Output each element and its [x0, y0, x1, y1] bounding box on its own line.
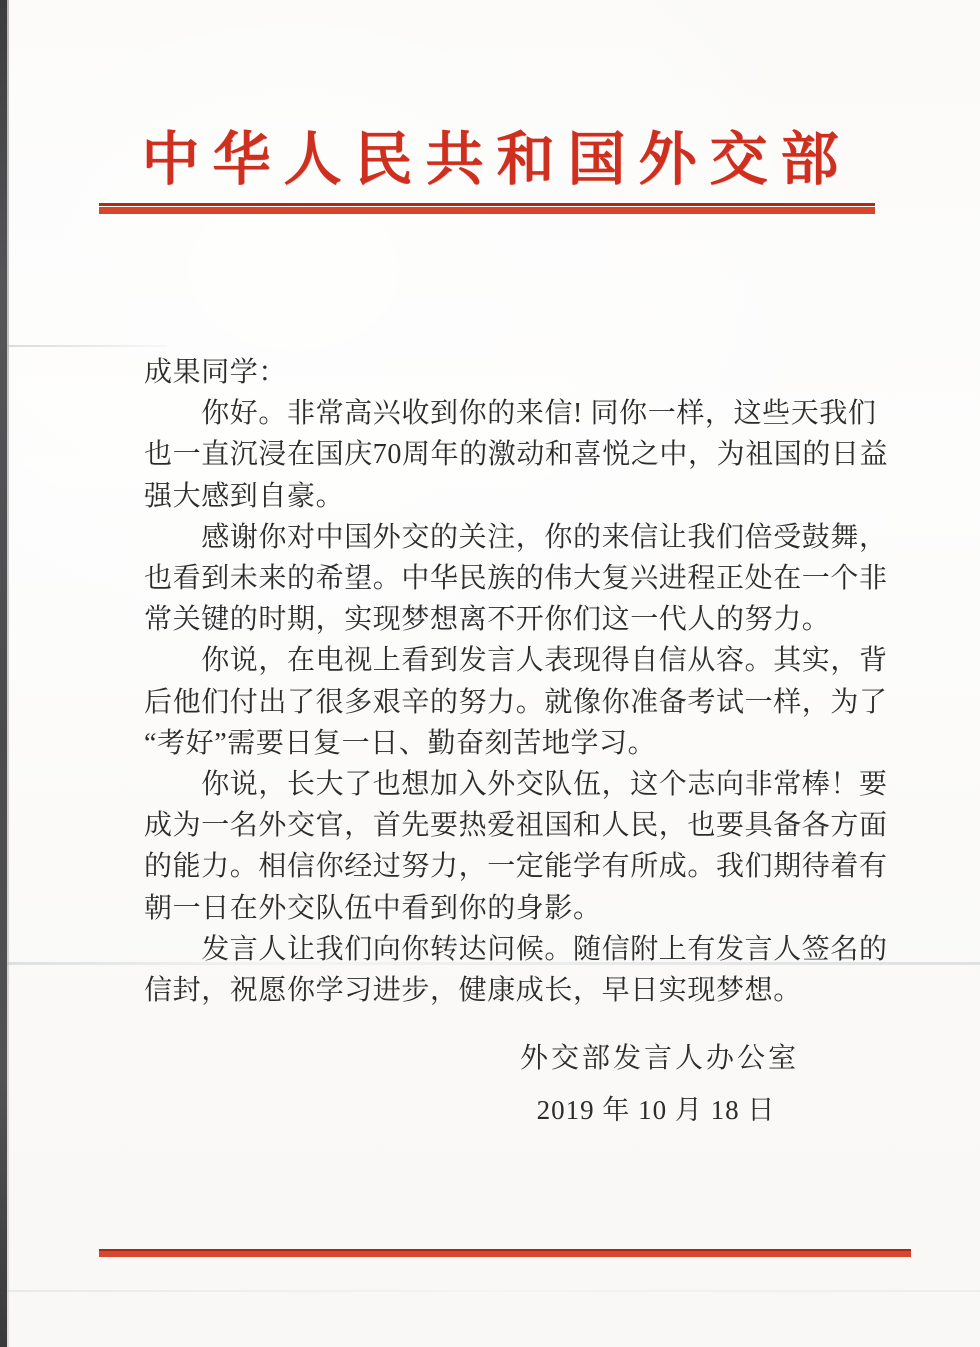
letter-body-line: 也一直沉浸在国庆70周年的激动和喜悦之中，为祖国的日益	[144, 434, 854, 475]
letter-body-line: 你说，长大了也想加入外交队伍，这个志向非常棒！要	[144, 764, 854, 805]
letterhead-rule-thin	[99, 203, 875, 206]
signature-block: 外交部发言人办公室 2019 年 10 月 18 日	[520, 1036, 792, 1127]
letter-body-line: 的能力。相信你经过努力，一定能学有所成。我们期待着有	[144, 846, 854, 887]
scanned-letter-page: 中华人民共和国外交部 成果同学： 你好。非常高兴收到你的来信! 同你一样，这些天…	[0, 0, 980, 1347]
letter-body-line: “考好”需要日复一日、勤奋刻苦地学习。	[144, 723, 854, 764]
signature: 外交部发言人办公室	[520, 1036, 792, 1076]
footer-rule	[99, 1249, 911, 1257]
letter-body-line: 后他们付出了很多艰辛的努力。就像你准备考试一样，为了	[144, 682, 854, 723]
letter-paragraph-lines: 你好。非常高兴收到你的来信! 同你一样，这些天我们也一直沉浸在国庆70周年的激动…	[144, 393, 854, 1011]
paper-crease	[7, 1290, 980, 1292]
letter-body-line: 信封，祝愿你学习进步，健康成长，早日实现梦想。	[144, 970, 854, 1011]
paper-crease	[7, 345, 167, 347]
letterhead-rule	[99, 203, 875, 214]
letter-body: 成果同学： 你好。非常高兴收到你的来信! 同你一样，这些天我们也一直沉浸在国庆7…	[144, 352, 854, 1011]
letter-body-line: 成为一名外交官，首先要热爱祖国和人民，也要具备各方面	[144, 805, 854, 846]
letterhead-rule-thick	[99, 207, 875, 214]
letter-body-line: 朝一日在外交队伍中看到你的身影。	[144, 888, 854, 929]
scan-edge-artifact	[0, 0, 7, 1347]
salutation: 成果同学：	[144, 352, 854, 393]
letter-body-line: 也看到未来的希望。中华民族的伟大复兴进程正处在一个非	[144, 558, 854, 599]
letter-body-line: 你好。非常高兴收到你的来信! 同你一样，这些天我们	[144, 393, 854, 434]
letter-body-line: 常关键的时期，实现梦想离不开你们这一代人的努力。	[144, 599, 854, 640]
letter-body-line: 你说，在电视上看到发言人表现得自信从容。其实，背	[144, 640, 854, 681]
letter-body-line: 感谢你对中国外交的关注，你的来信让我们倍受鼓舞，	[144, 517, 854, 558]
date: 2019 年 10 月 18 日	[520, 1088, 792, 1127]
letterhead-title: 中华人民共和国外交部	[0, 112, 980, 196]
letter-body-line: 发言人让我们向你转达问候。随信附上有发言人签名的	[144, 929, 854, 970]
letter-body-line: 强大感到自豪。	[144, 476, 854, 517]
